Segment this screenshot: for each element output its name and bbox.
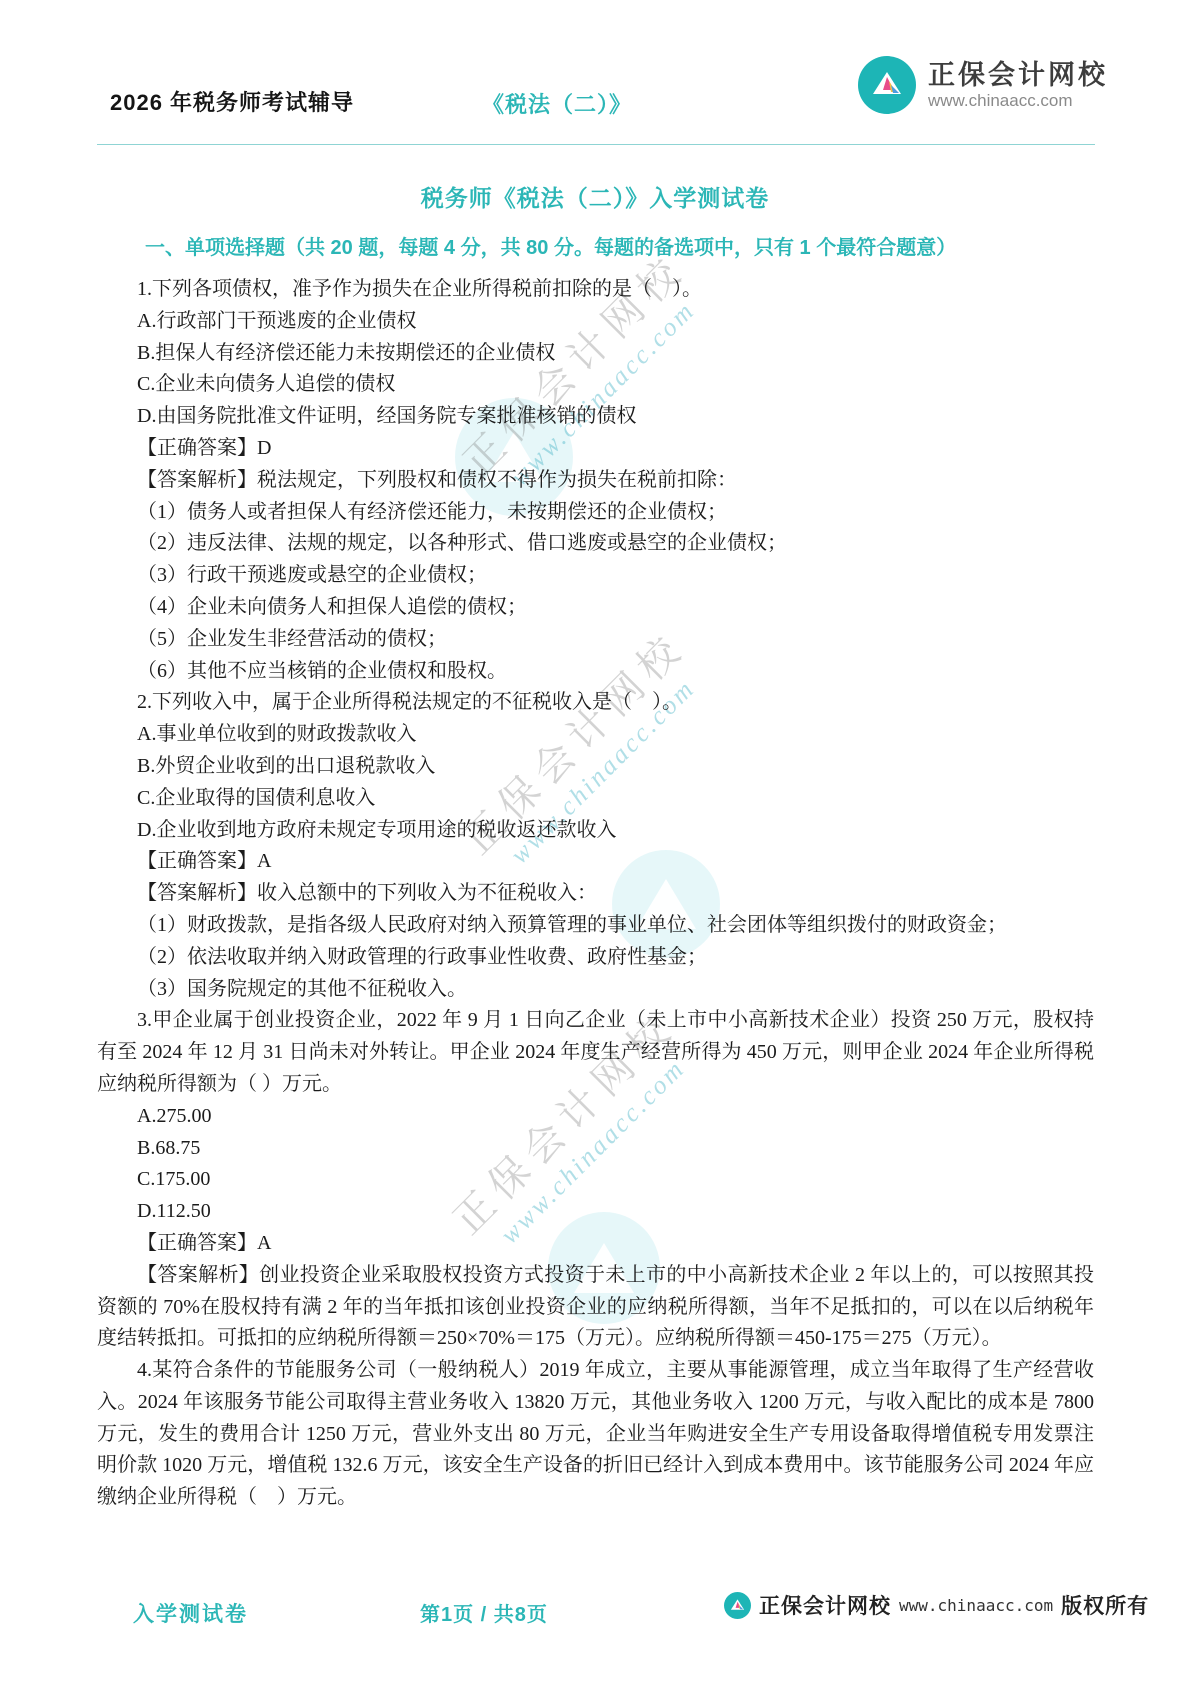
explanation-item: （2）违反法律、法规的规定，以各种形式、借口逃废或悬空的企业债权；: [97, 528, 1094, 560]
option-c: C.175.00: [97, 1164, 1094, 1196]
option-b: B.担保人有经济偿还能力未按期偿还的企业债权: [97, 338, 1094, 370]
explanation-item: （2）依法收取并纳入财政管理的行政事业性收费、政府性基金；: [97, 942, 1094, 974]
brand-logo: 正保会计网校 www.chinaacc.com: [858, 56, 1108, 114]
footer-document-name: 入学测试卷: [133, 1598, 248, 1628]
header-subject-title: 《税法（二）》: [392, 88, 722, 119]
explanation-item: （1）财政拨款，是指各级人民政府对纳入预算管理的事业单位、社会团体等组织拨付的财…: [97, 910, 1094, 942]
header-course-title: 2026 年税务师考试辅导: [110, 86, 354, 117]
mountain-triangle-icon: [869, 67, 905, 103]
page-title: 税务师《税法（二）》入学测试卷: [0, 180, 1190, 213]
question-stem: 1.下列各项债权，准予作为损失在企业所得税前扣除的是（ ）。: [97, 274, 1094, 306]
footer-copyright: 版权所有: [1061, 1590, 1149, 1620]
explanation-paragraph: 【答案解析】创业投资企业采取股权投资方式投资于未上市的中小高新技术企业 2 年以…: [97, 1260, 1094, 1355]
explanation-item: （1）债务人或者担保人有经济偿还能力，未按期偿还的企业债权；: [97, 497, 1094, 529]
header-divider: [97, 144, 1095, 145]
brand-name: 正保会计网校: [928, 60, 1108, 90]
explanation-item: （6）其他不应当核销的企业债权和股权。: [97, 656, 1094, 688]
option-a: A.275.00: [97, 1101, 1094, 1133]
answer-line: 【正确答案】D: [97, 433, 1094, 465]
explanation-item: （4）企业未向债务人和担保人追偿的债权；: [97, 592, 1094, 624]
mountain-triangle-icon: [729, 1597, 746, 1614]
brand-url: www.chinaacc.com: [928, 90, 1108, 111]
option-b: B.外贸企业收到的出口退税款收入: [97, 751, 1094, 783]
explanation-item: （3）国务院规定的其他不征税收入。: [97, 974, 1094, 1006]
question-stem: 3.甲企业属于创业投资企业，2022 年 9 月 1 日向乙企业（未上市中小高新…: [97, 1005, 1094, 1100]
brand-logo-icon: [858, 56, 916, 114]
question-stem: 4.某符合条件的节能服务公司（一般纳税人）2019 年成立，主要从事能源管理，成…: [97, 1355, 1094, 1514]
footer-page-number: 第1页 / 共8页: [420, 1598, 548, 1627]
option-a: A.行政部门干预逃废的企业债权: [97, 306, 1094, 338]
explanation-line: 【答案解析】税法规定，下列股权和债权不得作为损失在税前扣除：: [97, 465, 1094, 497]
footer-brand-logo-icon: [724, 1592, 751, 1619]
footer-brand: 正保会计网校 www.chinaacc.com 版权所有: [724, 1590, 1149, 1620]
brand-logo-text: 正保会计网校 www.chinaacc.com: [928, 60, 1108, 111]
option-d: D.企业收到地方政府未规定专项用途的税收返还款收入: [97, 815, 1094, 847]
exam-body: 1.下列各项债权，准予作为损失在企业所得税前扣除的是（ ）。 A.行政部门干预逃…: [97, 274, 1094, 1514]
explanation-item: （5）企业发生非经营活动的债权；: [97, 624, 1094, 656]
answer-line: 【正确答案】A: [97, 1228, 1094, 1260]
option-a: A.事业单位收到的财政拨款收入: [97, 719, 1094, 751]
footer-brand-url: www.chinaacc.com: [899, 1596, 1053, 1615]
option-b: B.68.75: [97, 1133, 1094, 1165]
answer-line: 【正确答案】A: [97, 846, 1094, 878]
footer-brand-name: 正保会计网校: [759, 1590, 891, 1620]
question-stem: 2.下列收入中，属于企业所得税法规定的不征税收入是（ ）。: [97, 687, 1094, 719]
explanation-item: （3）行政干预逃废或悬空的企业债权；: [97, 560, 1094, 592]
option-c: C.企业未向债务人追偿的债权: [97, 369, 1094, 401]
explanation-line: 【答案解析】收入总额中的下列收入为不征税收入：: [97, 878, 1094, 910]
option-c: C.企业取得的国债利息收入: [97, 783, 1094, 815]
section-heading: 一、单项选择题（共 20 题，每题 4 分，共 80 分。每题的备选项中，只有 …: [145, 231, 956, 260]
option-d: D.由国务院批准文件证明，经国务院专案批准核销的债权: [97, 401, 1094, 433]
option-d: D.112.50: [97, 1196, 1094, 1228]
